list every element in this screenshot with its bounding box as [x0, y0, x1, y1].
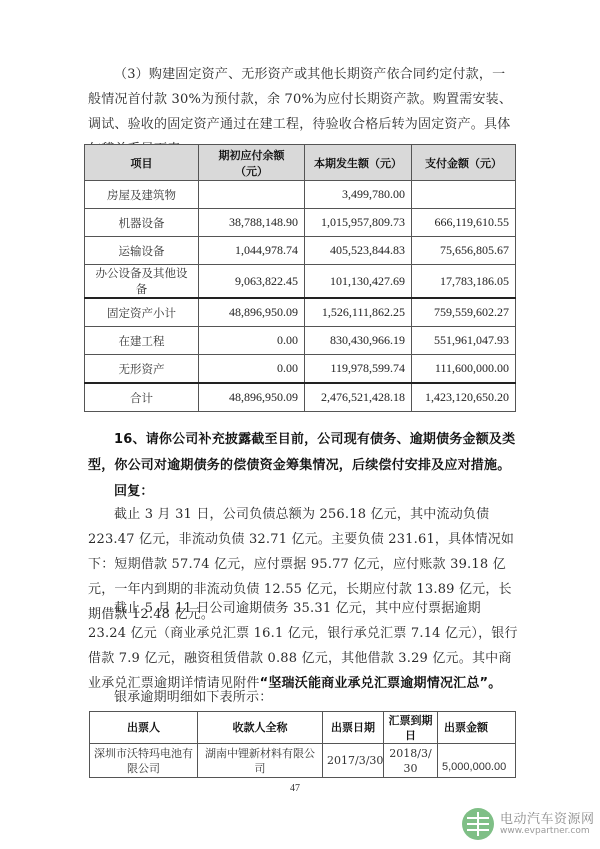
table-row: 房屋及建筑物 3,499,780.00	[85, 181, 516, 209]
row-drawer: 深圳市沃特玛电池有限公司	[90, 744, 198, 778]
reply-paragraph-3: 银承逾期明细如下表所示：	[88, 685, 518, 710]
row-paid: 551,961,047.93	[412, 327, 516, 355]
row-paid: 17,783,186.05	[412, 265, 516, 299]
header-amount: 出票金额	[438, 712, 516, 744]
row-paid: 666,119,610.55	[412, 209, 516, 237]
watermark-url: www.evpartner.com	[500, 826, 590, 836]
table-row: 深圳市沃特玛电池有限公司 湖南中锂新材料有限公司 2017/3/30 2018/…	[90, 744, 516, 778]
header-payee: 收款人全称	[198, 712, 323, 744]
row-item: 办公设备及其他设备	[85, 265, 199, 299]
table-header-row: 项目 期初应付余额（元） 本期发生额（元） 支付金额（元）	[85, 145, 516, 181]
row-item: 合计	[85, 383, 199, 412]
evpartner-logo-icon	[462, 808, 494, 840]
row-opening: 1,044,978.74	[199, 237, 305, 265]
row-due-date: 2018/3/30	[384, 744, 438, 778]
row-paid: 759,559,602.27	[412, 298, 516, 327]
header-item: 项目	[85, 145, 199, 181]
asset-payment-table: 项目 期初应付余额（元） 本期发生额（元） 支付金额（元） 房屋及建筑物 3,4…	[84, 144, 516, 412]
document-page: （3）购建固定资产、无形资产或其他长期资产依合同约定付款，一般情况首付款 30%…	[0, 0, 600, 849]
row-current: 3,499,780.00	[305, 181, 412, 209]
row-opening: 48,896,950.09	[199, 298, 305, 327]
table-row: 运输设备 1,044,978.74 405,523,844.83 75,656,…	[85, 237, 516, 265]
row-current: 830,430,966.19	[305, 327, 412, 355]
table-row: 在建工程 0.00 830,430,966.19 551,961,047.93	[85, 327, 516, 355]
overdue-bill-table: 出票人 收款人全称 出票日期 汇票到期日 出票金额 深圳市沃特玛电池有限公司 湖…	[89, 711, 516, 778]
header-paid: 支付金额（元）	[412, 145, 516, 181]
table-row: 办公设备及其他设备 9,063,822.45 101,130,427.69 17…	[85, 265, 516, 299]
row-current: 1,526,111,862.25	[305, 298, 412, 327]
row-paid: 75,656,805.67	[412, 237, 516, 265]
row-item: 机器设备	[85, 209, 199, 237]
row-item: 在建工程	[85, 327, 199, 355]
table-row-total: 合计 48,896,950.09 2,476,521,428.18 1,423,…	[85, 383, 516, 412]
question-16: 16、请你公司补充披露截至目前，公司现有债务、逾期债务金额及类型，你公司对逾期债…	[88, 427, 518, 479]
row-paid: 1,423,120,650.20	[412, 383, 516, 412]
row-opening: 38,788,148.90	[199, 209, 305, 237]
header-issue-date: 出票日期	[323, 712, 384, 744]
table-row-subtotal: 固定资产小计 48,896,950.09 1,526,111,862.25 75…	[85, 298, 516, 327]
watermark-logo: 电动汽车资源网 www.evpartner.com	[462, 805, 600, 845]
header-due-date: 汇票到期日	[384, 712, 438, 744]
row-item: 无形资产	[85, 355, 199, 384]
row-paid: 111,600,000.00	[412, 355, 516, 384]
row-opening: 48,896,950.09	[199, 383, 305, 412]
row-item: 运输设备	[85, 237, 199, 265]
row-opening: 0.00	[199, 327, 305, 355]
row-opening: 9,063,822.45	[199, 265, 305, 299]
row-item: 房屋及建筑物	[85, 181, 199, 209]
row-current: 119,978,599.74	[305, 355, 412, 384]
header-drawer: 出票人	[90, 712, 198, 744]
header-current: 本期发生额（元）	[305, 145, 412, 181]
row-payee: 湖南中锂新材料有限公司	[198, 744, 323, 778]
row-current: 405,523,844.83	[305, 237, 412, 265]
table-row: 机器设备 38,788,148.90 1,015,957,809.73 666,…	[85, 209, 516, 237]
row-opening: 0.00	[199, 355, 305, 384]
row-current: 1,015,957,809.73	[305, 209, 412, 237]
row-amount: 5,000,000.00	[438, 744, 516, 778]
reply-paragraph-2: 截止 5 月 11 日公司逾期债务 35.31 亿元，其中应付票据逾期 23.2…	[88, 596, 518, 696]
watermark-name: 电动汽车资源网	[500, 808, 595, 827]
row-item: 固定资产小计	[85, 298, 199, 327]
header-opening: 期初应付余额（元）	[199, 145, 305, 181]
row-opening	[199, 181, 305, 209]
page-number: 47	[290, 783, 300, 794]
row-paid	[412, 181, 516, 209]
table-header-row: 出票人 收款人全称 出票日期 汇票到期日 出票金额	[90, 712, 516, 744]
reply-label: 回复：	[88, 479, 518, 504]
table-row: 无形资产 0.00 119,978,599.74 111,600,000.00	[85, 355, 516, 384]
row-current: 101,130,427.69	[305, 265, 412, 299]
row-issue-date: 2017/3/30	[323, 744, 384, 778]
row-current: 2,476,521,428.18	[305, 383, 412, 412]
